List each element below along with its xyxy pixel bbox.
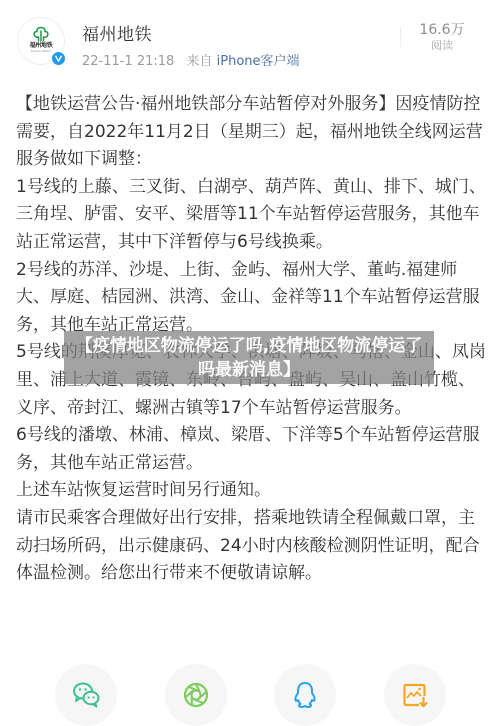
title-overlay-banner: 【疫情地区物流停运了吗,疫情地区物流停运了吗最新消息】: [64, 331, 434, 384]
post-paragraph-line1: 1号线的上藤、三叉街、白湖亭、葫芦阵、黄山、排下、城门、三角埕、胪雷、安平、梁厝…: [16, 174, 488, 257]
post-paragraph-advice: 请市民乘客合理做好出行安排，搭乘地铁请全程佩戴口罩，主动扫场所码，出示健康码、2…: [16, 505, 488, 588]
avatar-logo-subtext: Fuzhou Metro: [31, 49, 51, 53]
read-count-value: 16.6万: [412, 22, 472, 39]
post-meta: 22-11-1 21:18 来自 iPhone客户端: [82, 50, 300, 69]
read-count: 16.6万 阅读: [412, 22, 472, 53]
weibo-post-page: 福州地铁 Fuzhou Metro 福州地铁 22-11-1 21:18 来自 …: [0, 0, 500, 726]
moments-icon: [180, 679, 212, 711]
metro-logo-icon: [32, 26, 50, 42]
post-header: 福州地铁 Fuzhou Metro 福州地铁 22-11-1 21:18 来自 …: [0, 0, 500, 80]
source-link[interactable]: iPhone客户端: [217, 54, 300, 69]
save-image-button[interactable]: [384, 664, 446, 726]
share-moments-button[interactable]: [165, 664, 227, 726]
post-paragraph-intro: 【地铁运营公告·福州地铁部分车站暂停对外服务】因疫情防控需要，自2022年11月…: [16, 91, 488, 174]
read-count-label: 阅读: [412, 39, 472, 53]
share-bar: [0, 664, 500, 726]
share-wechat-button[interactable]: [55, 664, 117, 726]
wechat-icon: [70, 679, 102, 711]
post-paragraph-line6: 6号线的潘墩、林浦、樟岚、梁厝、下洋等5个车站暂停运营服务，其他车站正常运营。: [16, 422, 488, 477]
source-prefix: 来自: [186, 54, 212, 69]
post-paragraph-notice: 上述车站恢复运营时间另行通知。: [16, 477, 488, 505]
post-timestamp: 22-11-1 21:18: [82, 54, 174, 69]
header-divider: [400, 27, 401, 47]
qq-icon: [289, 679, 321, 711]
save-image-icon: [399, 679, 431, 711]
post-paragraph-line2: 2号线的苏洋、沙堤、上街、金屿、福州大学、董屿.福建师大、厚庭、桔园洲、洪湾、金…: [16, 257, 488, 340]
banner-title: 【疫情地区物流停运了吗,疫情地区物流停运了吗最新消息】: [74, 334, 424, 382]
share-qq-button[interactable]: [274, 664, 336, 726]
verified-badge-icon: [50, 50, 67, 67]
avatar-logo-text: 福州地铁: [30, 42, 53, 49]
author-name[interactable]: 福州地铁: [82, 20, 152, 45]
